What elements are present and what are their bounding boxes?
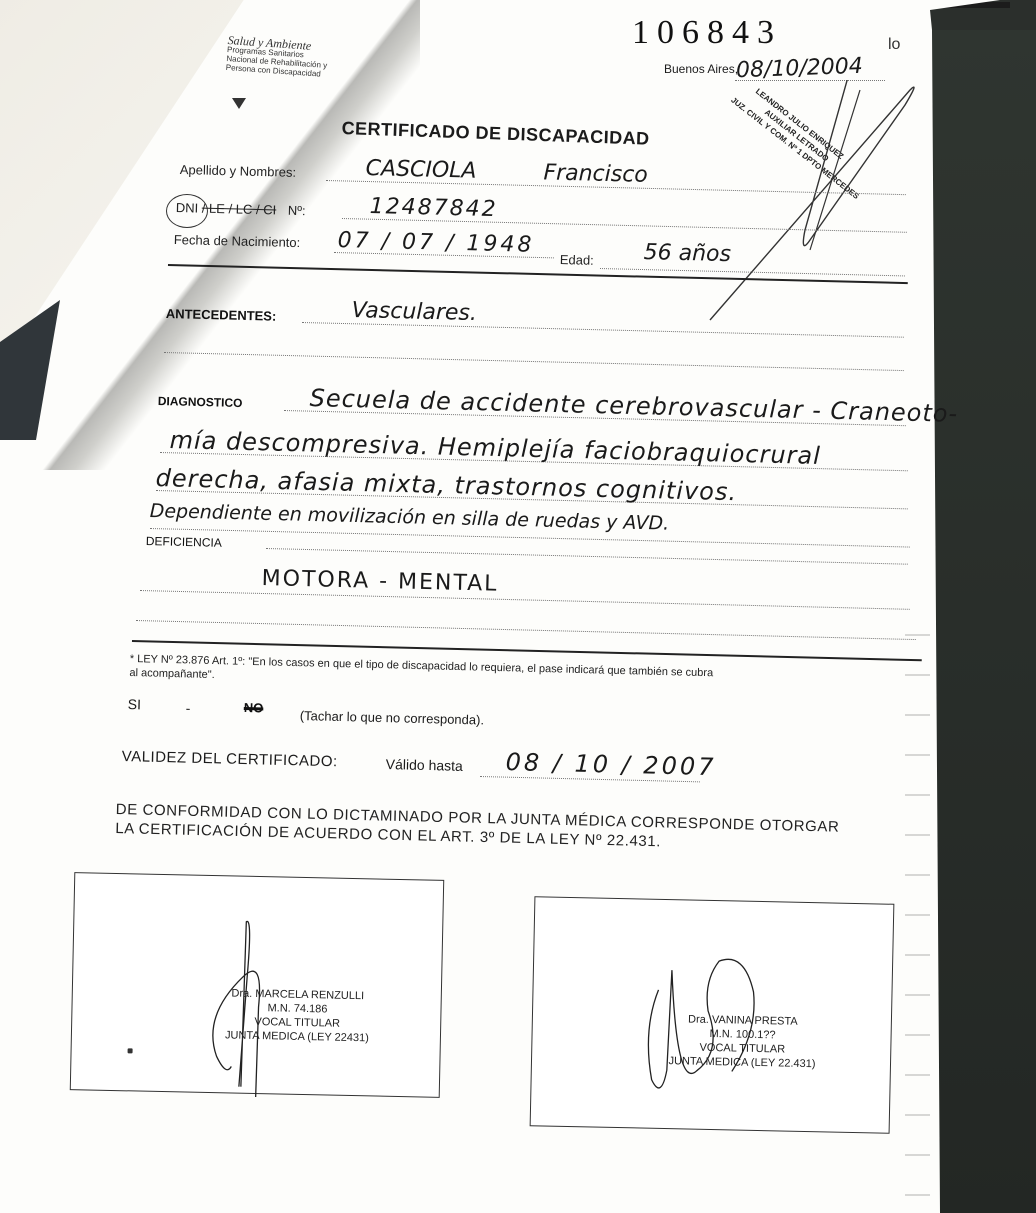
- law-note: * LEY Nº 23.876 Art. 1º: "En los casos e…: [129, 652, 713, 694]
- dotted-line: [140, 590, 910, 610]
- handwritten-signature-cross: [700, 80, 940, 340]
- antecedentes-value: Vasculares.: [351, 298, 477, 326]
- city-label: Buenos Aires,: [664, 62, 738, 76]
- age-label: Edad:: [560, 252, 594, 268]
- name-value: CASCIOLA Francisco: [365, 156, 648, 188]
- doc-number-value: 12487842: [369, 194, 498, 222]
- birth-label: Fecha de Nacimiento:: [174, 232, 301, 250]
- birth-value: 07 / 07 / 1948: [337, 228, 534, 258]
- diagnostico-label: DIAGNOSTICO: [158, 394, 243, 410]
- companion-option-no-struck: NO: [244, 700, 264, 715]
- ink-speck: [128, 1048, 133, 1053]
- diagnostico-line: derecha, afasia mixta, trastornos cognit…: [155, 464, 737, 506]
- dotted-line: [164, 352, 904, 371]
- certificate-document: Salud y Ambiente Programas Sanitarios Na…: [0, 0, 1036, 1213]
- corner-mark: lo: [888, 36, 900, 54]
- companion-option-si: SI: [128, 696, 142, 712]
- certificate-number: 106843: [632, 14, 782, 52]
- validity-label: VALIDEZ DEL CERTIFICADO:: [122, 748, 338, 770]
- signatory-stamp-2: Dra. VANINA PRESTA M.N. 100.1?? VOCAL TI…: [642, 1012, 843, 1072]
- doc-type-struck: / LE / LC / CI: [202, 201, 277, 218]
- signature-box-1: Dra. MARCELA RENZULLI M.N. 74.186 VOCAL …: [70, 872, 444, 1098]
- age-value: 56 años: [643, 240, 731, 267]
- signatory-stamp-1: Dra. MARCELA RENZULLI M.N. 74.186 VOCAL …: [202, 986, 393, 1046]
- signature-box-2: Dra. VANINA PRESTA M.N. 100.1?? VOCAL TI…: [530, 896, 895, 1133]
- document-title: CERTIFICADO DE DISCAPACIDAD: [341, 118, 650, 150]
- ministry-header: Salud y Ambiente Programas Sanitarios Na…: [225, 36, 328, 79]
- diagnostico-line: mía descompresiva. Hemiplejía faciobraqu…: [169, 426, 821, 470]
- doc-type-dni: DNI: [176, 200, 199, 216]
- dotted-line: [136, 620, 916, 640]
- triangle-bullet-icon: [232, 98, 246, 109]
- conformity-statement: DE CONFORMIDAD CON LO DICTAMINADO POR LA…: [115, 800, 840, 856]
- diagnostico-line: Secuela de accidente cerebrovascular - C…: [309, 384, 958, 428]
- scan-edge-noise: [905, 620, 930, 1213]
- deficiencia-value: MOTORA - MENTAL: [261, 566, 498, 597]
- option-separator: -: [186, 700, 191, 716]
- issue-date: 08/10/2004: [736, 54, 864, 83]
- strike-instruction: (Tachar lo que no corresponda).: [300, 708, 485, 727]
- dotted-line: [266, 548, 908, 565]
- validity-value: 08 / 10 / 2007: [505, 748, 716, 781]
- doc-number-label: Nº:: [288, 203, 306, 218]
- antecedentes-label: ANTECEDENTES:: [166, 306, 277, 324]
- deficiencia-label: DEFICIENCIA: [146, 534, 222, 550]
- name-label: Apellido y Nombres:: [180, 162, 297, 180]
- validity-sublabel: Válido hasta: [386, 756, 463, 774]
- doc-type-selector: DNI / LE / LC / CI Nº:: [176, 200, 306, 218]
